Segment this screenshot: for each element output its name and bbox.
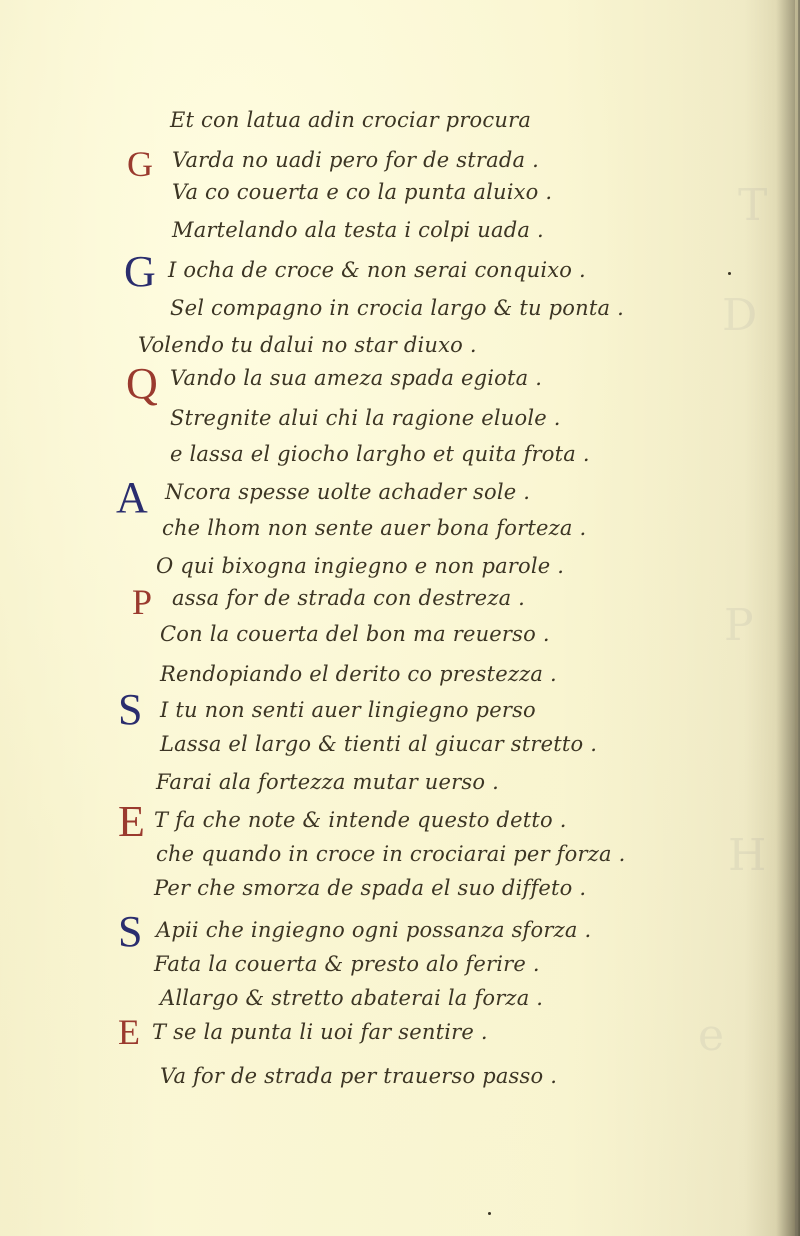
verse-line: T se la punta li uoi far sentire .: [152, 1020, 488, 1044]
verse-line: Rendopiando el derito co prestezza .: [160, 662, 557, 686]
verse-line: che quando in croce in crociarai per for…: [156, 842, 625, 866]
rubric-initial-e: E: [118, 800, 145, 844]
verse-line: Lassa el largo & tienti al giucar strett…: [160, 732, 597, 756]
verse-line: Con la couerta del bon ma reuerso .: [160, 622, 550, 646]
verse-text-block: Et con latua adin crociar procura G Vard…: [0, 0, 800, 1236]
verse-line: Va co couerta e co la punta aluixo .: [172, 180, 552, 204]
verse-line: I tu non senti auer lingiegno perso: [160, 698, 536, 722]
verse-line: Volendo tu dalui no star diuxo .: [138, 333, 477, 357]
verse-line: Vando la sua ameza spada egiota .: [170, 366, 542, 390]
blue-initial-s: S: [118, 688, 142, 732]
verse-line: e lassa el giocho largho et quita frota …: [170, 442, 590, 466]
rubric-initial-g: G: [127, 146, 153, 182]
verse-line: Per che smorza de spada el suo diffeto .: [154, 876, 586, 900]
verse-line: Va for de strada per trauerso passo .: [160, 1064, 557, 1088]
verse-line: assa for de strada con destreza .: [172, 586, 525, 610]
blue-initial-s: S: [118, 910, 142, 954]
verse-line: Allargo & stretto abaterai la forza .: [160, 986, 543, 1010]
verse-line: Et con latua adin crociar procura: [170, 108, 531, 132]
verse-line: Varda no uadi pero for de strada .: [172, 148, 539, 172]
verse-line: T fa che note & intende questo detto .: [154, 808, 567, 832]
rubric-initial-e: E: [118, 1014, 140, 1050]
verse-line: O qui bixogna ingiegno e non parole .: [156, 554, 564, 578]
verse-line: che lhom non sente auer bona forteza .: [162, 516, 586, 540]
blue-initial-a: A: [116, 476, 148, 520]
rubric-initial-q: Q: [126, 362, 158, 406]
verse-line: Stregnite alui chi la ragione eluole .: [170, 406, 561, 430]
verse-line: Farai ala fortezza mutar uerso .: [156, 770, 499, 794]
rubric-initial-p: P: [132, 584, 152, 620]
verse-line: Martelando ala testa i colpi uada .: [172, 218, 544, 242]
verse-line: I ocha de croce & non serai conquixo .: [168, 258, 586, 282]
verse-line: Ncora spesse uolte achader sole .: [165, 480, 530, 504]
blue-initial-g: G: [124, 250, 156, 294]
verse-line: Sel compagno in crocia largo & tu ponta …: [170, 296, 624, 320]
verse-line: Fata la couerta & presto alo ferire .: [154, 952, 540, 976]
verse-line: Apii che ingiegno ogni possanza sforza .: [156, 918, 591, 942]
